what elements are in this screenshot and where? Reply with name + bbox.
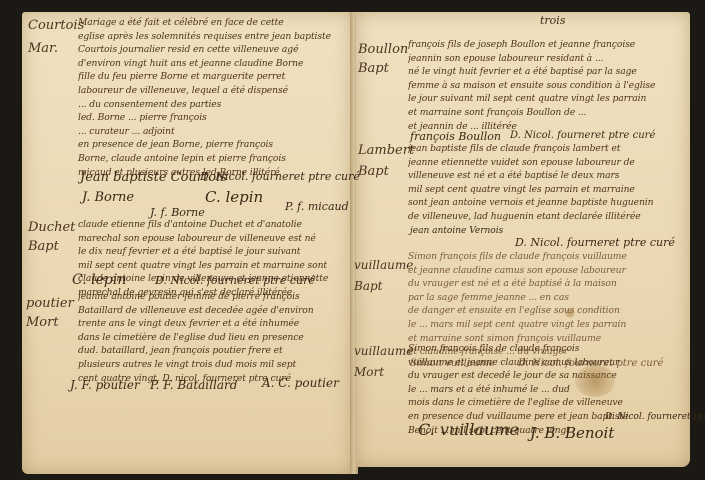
signature-fourneret: D. Nicol. fourneret ptre curé bbox=[200, 170, 360, 183]
entry-courtois-marriage: Mariage a été fait et célébré en face de… bbox=[78, 16, 348, 179]
signature-micaud: P. f. micaud bbox=[285, 200, 349, 213]
signature-c-vuillaume: C. vuillaume bbox=[418, 420, 519, 439]
ink-spot bbox=[565, 308, 575, 318]
folio-number: trois bbox=[540, 14, 565, 27]
margin-note-boullon: Boullon Bapt bbox=[358, 42, 408, 76]
margin-note-lambert: Lambert Bapt bbox=[358, 143, 414, 179]
signature-fourneret-6: D. Nicol. fourneret ptre curé bbox=[605, 412, 705, 422]
signature-fourneret-2: D. Nicol. fourneret ptre curé bbox=[155, 274, 315, 287]
signature-lepin: C. lepin bbox=[205, 188, 263, 206]
margin-note-vuillaume-death: vuillaume Mort bbox=[354, 344, 413, 380]
margin-note-vuillaume-bapt: vuillaume Bapt bbox=[354, 258, 413, 294]
signature-vernois: jean antoine Vernois bbox=[410, 226, 503, 236]
margin-note-duchet: Duchet Bapt bbox=[28, 220, 75, 254]
entry-boullon-baptism: françois fils de joseph Boullon et jeann… bbox=[408, 38, 686, 133]
signature-bataillard: P. F. Bataillard bbox=[150, 378, 237, 392]
margin-note-poutier: poutier Mort bbox=[26, 296, 74, 330]
water-stain bbox=[575, 365, 615, 397]
signature-fourneret-3: D. Nicol. fourneret ptre curé bbox=[510, 130, 655, 141]
signature-ac-poutier: A. C. poutier bbox=[262, 376, 339, 390]
signature-benoit: J. B. Benoit bbox=[530, 424, 614, 442]
signature-borne: J. Borne bbox=[82, 190, 134, 205]
signature-lepin-2: C. lepin bbox=[72, 272, 126, 288]
signature-jf-poutier: J. F. poutier bbox=[70, 378, 140, 392]
margin-note-courtois: Courtois Mar. bbox=[28, 18, 84, 56]
entry-poutier-death: jeanne antoine poutier femme de pierre f… bbox=[78, 290, 348, 385]
entry-lambert-baptism: jean baptiste fils de claude françois la… bbox=[408, 142, 686, 224]
signature-fourneret-4: D. Nicol. fourneret ptre curé bbox=[515, 236, 675, 249]
